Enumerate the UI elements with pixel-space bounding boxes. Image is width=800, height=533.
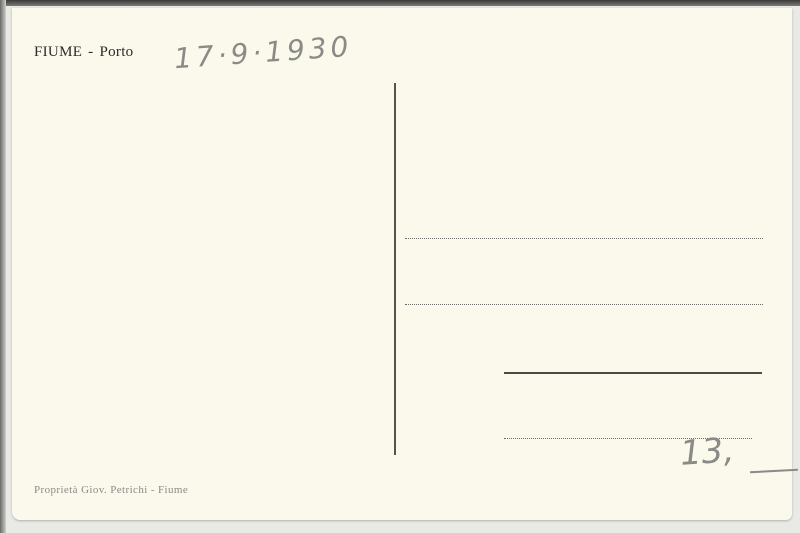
postcard-caption: FIUME-Porto (34, 44, 133, 61)
handwritten-date: 17·9·1930 (173, 30, 353, 75)
scan-edge-top (0, 0, 800, 6)
address-line-1 (405, 238, 763, 239)
message-address-divider (394, 83, 396, 455)
caption-separator: - (88, 44, 93, 60)
handwritten-price: 13, (679, 430, 736, 474)
caption-place: FIUME (34, 44, 82, 60)
postcard-back: FIUME-Porto 17·9·1930 13, Proprietà Giov… (12, 8, 792, 520)
scan-edge-left (0, 0, 6, 533)
address-line-3 (504, 372, 762, 374)
handwritten-price-dash (750, 469, 798, 474)
address-line-2 (405, 304, 763, 305)
caption-subject: Porto (99, 44, 133, 60)
publisher-imprint: Proprietà Giov. Petrichi - Fiume (34, 484, 188, 496)
